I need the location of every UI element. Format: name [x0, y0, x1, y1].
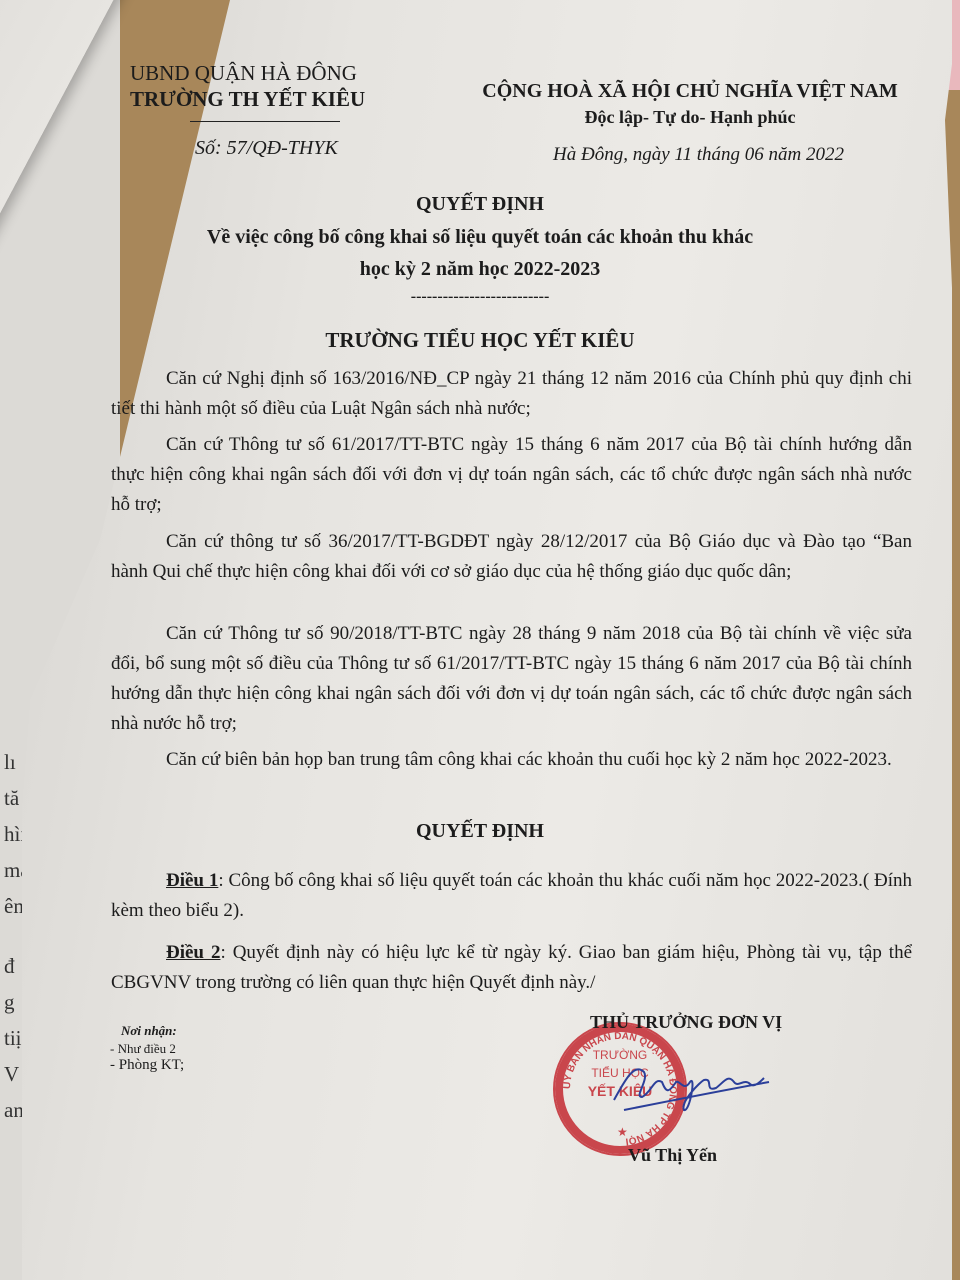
preamble-clause: Căn cứ biên bản họp ban trung tâm công k…	[111, 745, 912, 775]
article-text: : Công bố công khai số liệu quyết toán c…	[111, 870, 912, 921]
header-underline	[190, 121, 340, 122]
title-divider: --------------------------	[0, 288, 960, 306]
preamble-clause: Căn cứ Nghị định số 163/2016/NĐ_CP ngày …	[111, 364, 912, 424]
nation-line-1: CỘNG HOÀ XÃ HỘI CHỦ NGHĨA VIỆT NAM	[470, 78, 910, 104]
issuer-name: TRƯỜNG TIỂU HỌC YẾT KIÊU	[0, 328, 960, 353]
article-1: Điều 1: Công bố công khai số liệu quyết …	[111, 866, 912, 926]
decision-heading: QUYẾT ĐỊNH	[0, 820, 960, 843]
national-motto: CỘNG HOÀ XÃ HỘI CHỦ NGHĨA VIỆT NAM Độc l…	[470, 78, 910, 130]
place-date: Hà Đông, ngày 11 tháng 06 năm 2022	[553, 144, 844, 166]
article-label: Điều 2	[166, 942, 220, 963]
preamble-clause: Căn cứ Thông tư số 61/2017/TT-BTC ngày 1…	[111, 430, 912, 520]
org-line-1: UBND QUẬN HÀ ĐÔNG	[130, 60, 350, 86]
clause-text: Căn cứ Thông tư số 90/2018/TT-BTC ngày 2…	[111, 619, 912, 739]
issuing-organization: UBND QUẬN HÀ ĐÔNG TRƯỜNG TH YẾT KIÊU	[130, 60, 350, 112]
recipient-item: - Như điều 2	[110, 1041, 176, 1057]
subject-line-2: học kỳ 2 năm học 2022-2023	[0, 258, 960, 281]
article-label: Điều 1	[166, 870, 218, 891]
clause-text: Căn cứ Thông tư số 61/2017/TT-BTC ngày 1…	[111, 430, 912, 520]
subject-line-1: Về việc công bố công khai số liệu quyết …	[0, 226, 960, 249]
recipient-item: - Phòng KT;	[110, 1057, 184, 1074]
org-line-2: TRƯỜNG TH YẾT KIÊU	[130, 86, 350, 112]
document-number: Số: 57/QĐ-THYK	[195, 137, 338, 160]
signer-title: THỦ TRƯỞNG ĐƠN VỊ	[590, 1012, 782, 1033]
article-text: : Quyết định này có hiệu lực kể từ ngày …	[111, 942, 912, 993]
recipients-label: Nơi nhận:	[121, 1023, 177, 1039]
clause-text: Căn cứ thông tư số 36/2017/TT-BGDĐT ngày…	[111, 527, 912, 587]
preamble-clause: Căn cứ Thông tư số 90/2018/TT-BTC ngày 2…	[111, 619, 912, 739]
article-2: Điều 2: Quyết định này có hiệu lực kể từ…	[111, 938, 912, 998]
document-title: QUYẾT ĐỊNH	[0, 193, 960, 216]
preamble-clause: Căn cứ thông tư số 36/2017/TT-BGDĐT ngày…	[111, 527, 912, 587]
signer-name: Vũ Thị Yến	[628, 1145, 717, 1166]
svg-text:★: ★	[617, 1125, 628, 1139]
clause-text: Căn cứ Nghị định số 163/2016/NĐ_CP ngày …	[111, 364, 912, 424]
handwritten-signature	[604, 1052, 774, 1122]
clause-text: Căn cứ biên bản họp ban trung tâm công k…	[111, 745, 912, 775]
nation-line-2: Độc lập- Tự do- Hạnh phúc	[470, 104, 910, 130]
